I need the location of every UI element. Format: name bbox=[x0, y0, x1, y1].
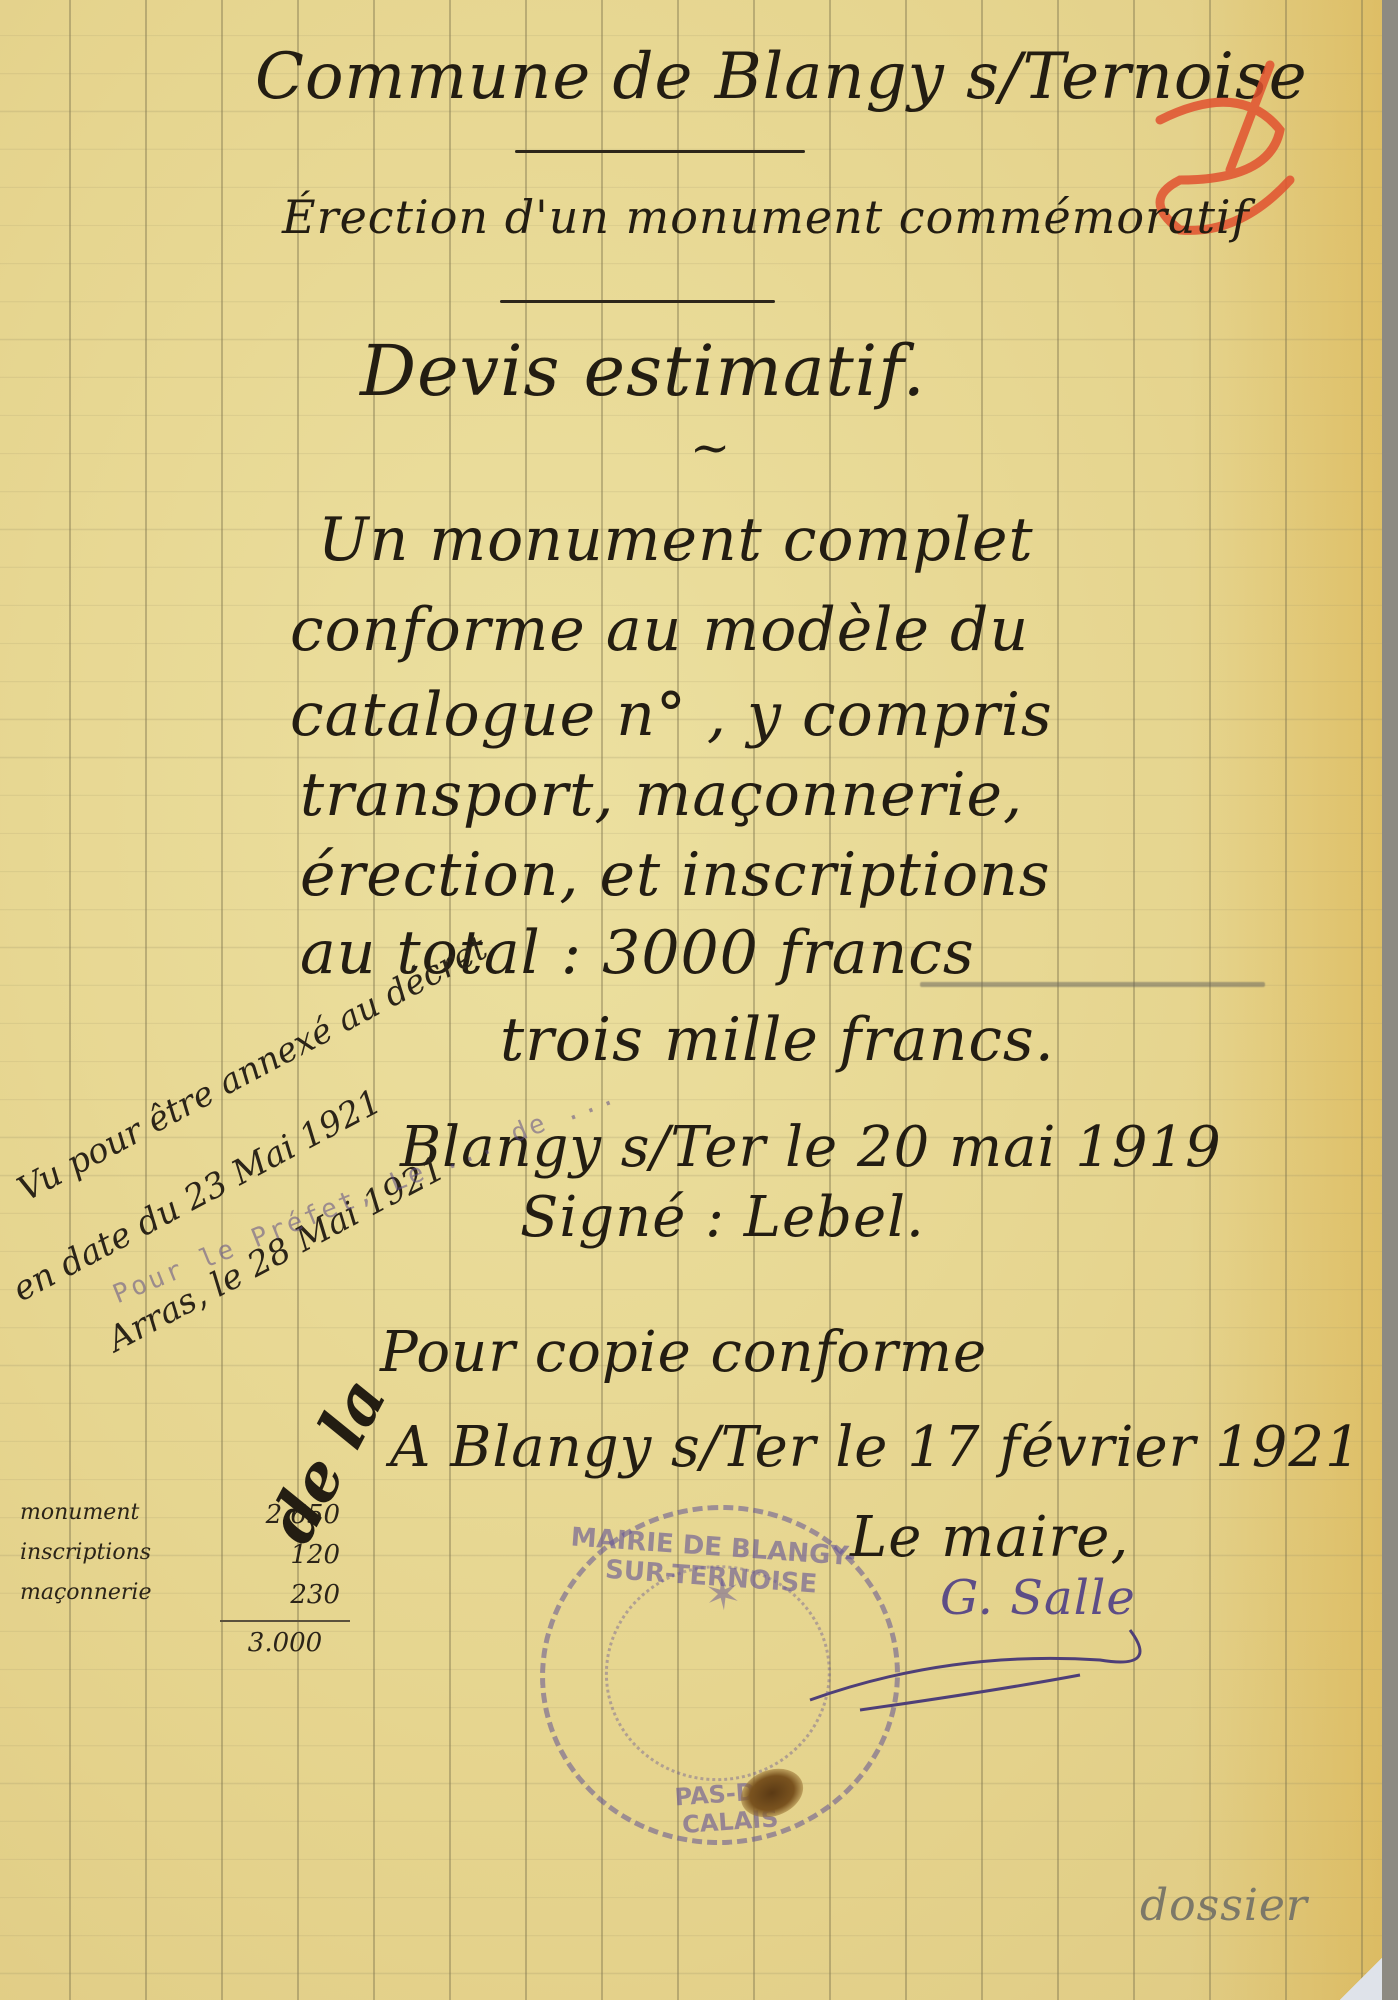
copy-statement: Pour copie conforme bbox=[380, 1320, 987, 1385]
pencil-note: dossier bbox=[1140, 1880, 1308, 1931]
body-line-2: conforme au modèle du bbox=[290, 595, 1029, 665]
cost-amount: 230 bbox=[240, 1580, 340, 1620]
document-type-heading: Devis estimatif. bbox=[360, 330, 926, 412]
cost-label: monument bbox=[20, 1500, 139, 1540]
heading-flourish: ~ bbox=[690, 420, 731, 476]
header-divider bbox=[515, 150, 805, 153]
body-line-5: érection, et inscriptions bbox=[300, 840, 1051, 910]
cost-amount: 120 bbox=[240, 1540, 340, 1580]
cost-row: inscriptions 120 bbox=[20, 1540, 340, 1580]
folded-corner bbox=[1340, 1958, 1382, 2000]
certification-place-date-text: A Blangy s/Ter le 17 février 1921 bbox=[390, 1415, 1362, 1480]
cost-total: 3.000 bbox=[220, 1620, 350, 1658]
cost-label: inscriptions bbox=[20, 1540, 151, 1580]
total-underline bbox=[920, 982, 1265, 987]
total-in-words: trois mille francs. bbox=[500, 1005, 1055, 1075]
cost-label: maçonnerie bbox=[20, 1580, 151, 1620]
subject-line: Érection d'un monument commémoratif bbox=[282, 190, 1250, 244]
cost-row: maçonnerie 230 bbox=[20, 1580, 340, 1620]
mayor-title: Le maire, bbox=[850, 1505, 1129, 1570]
subject-divider bbox=[500, 300, 775, 303]
original-signed-by: Signé : Lebel. bbox=[520, 1185, 925, 1250]
document-page: Commune de Blangy s/Ternoise 5 Érection … bbox=[0, 0, 1382, 2000]
body-line-4: transport, maçonnerie, bbox=[300, 760, 1023, 830]
seal-star-icon: ✶ bbox=[703, 1568, 743, 1621]
body-line-3: catalogue n° , y compris bbox=[290, 680, 1053, 750]
body-line-1: Un monument complet bbox=[318, 505, 1034, 575]
